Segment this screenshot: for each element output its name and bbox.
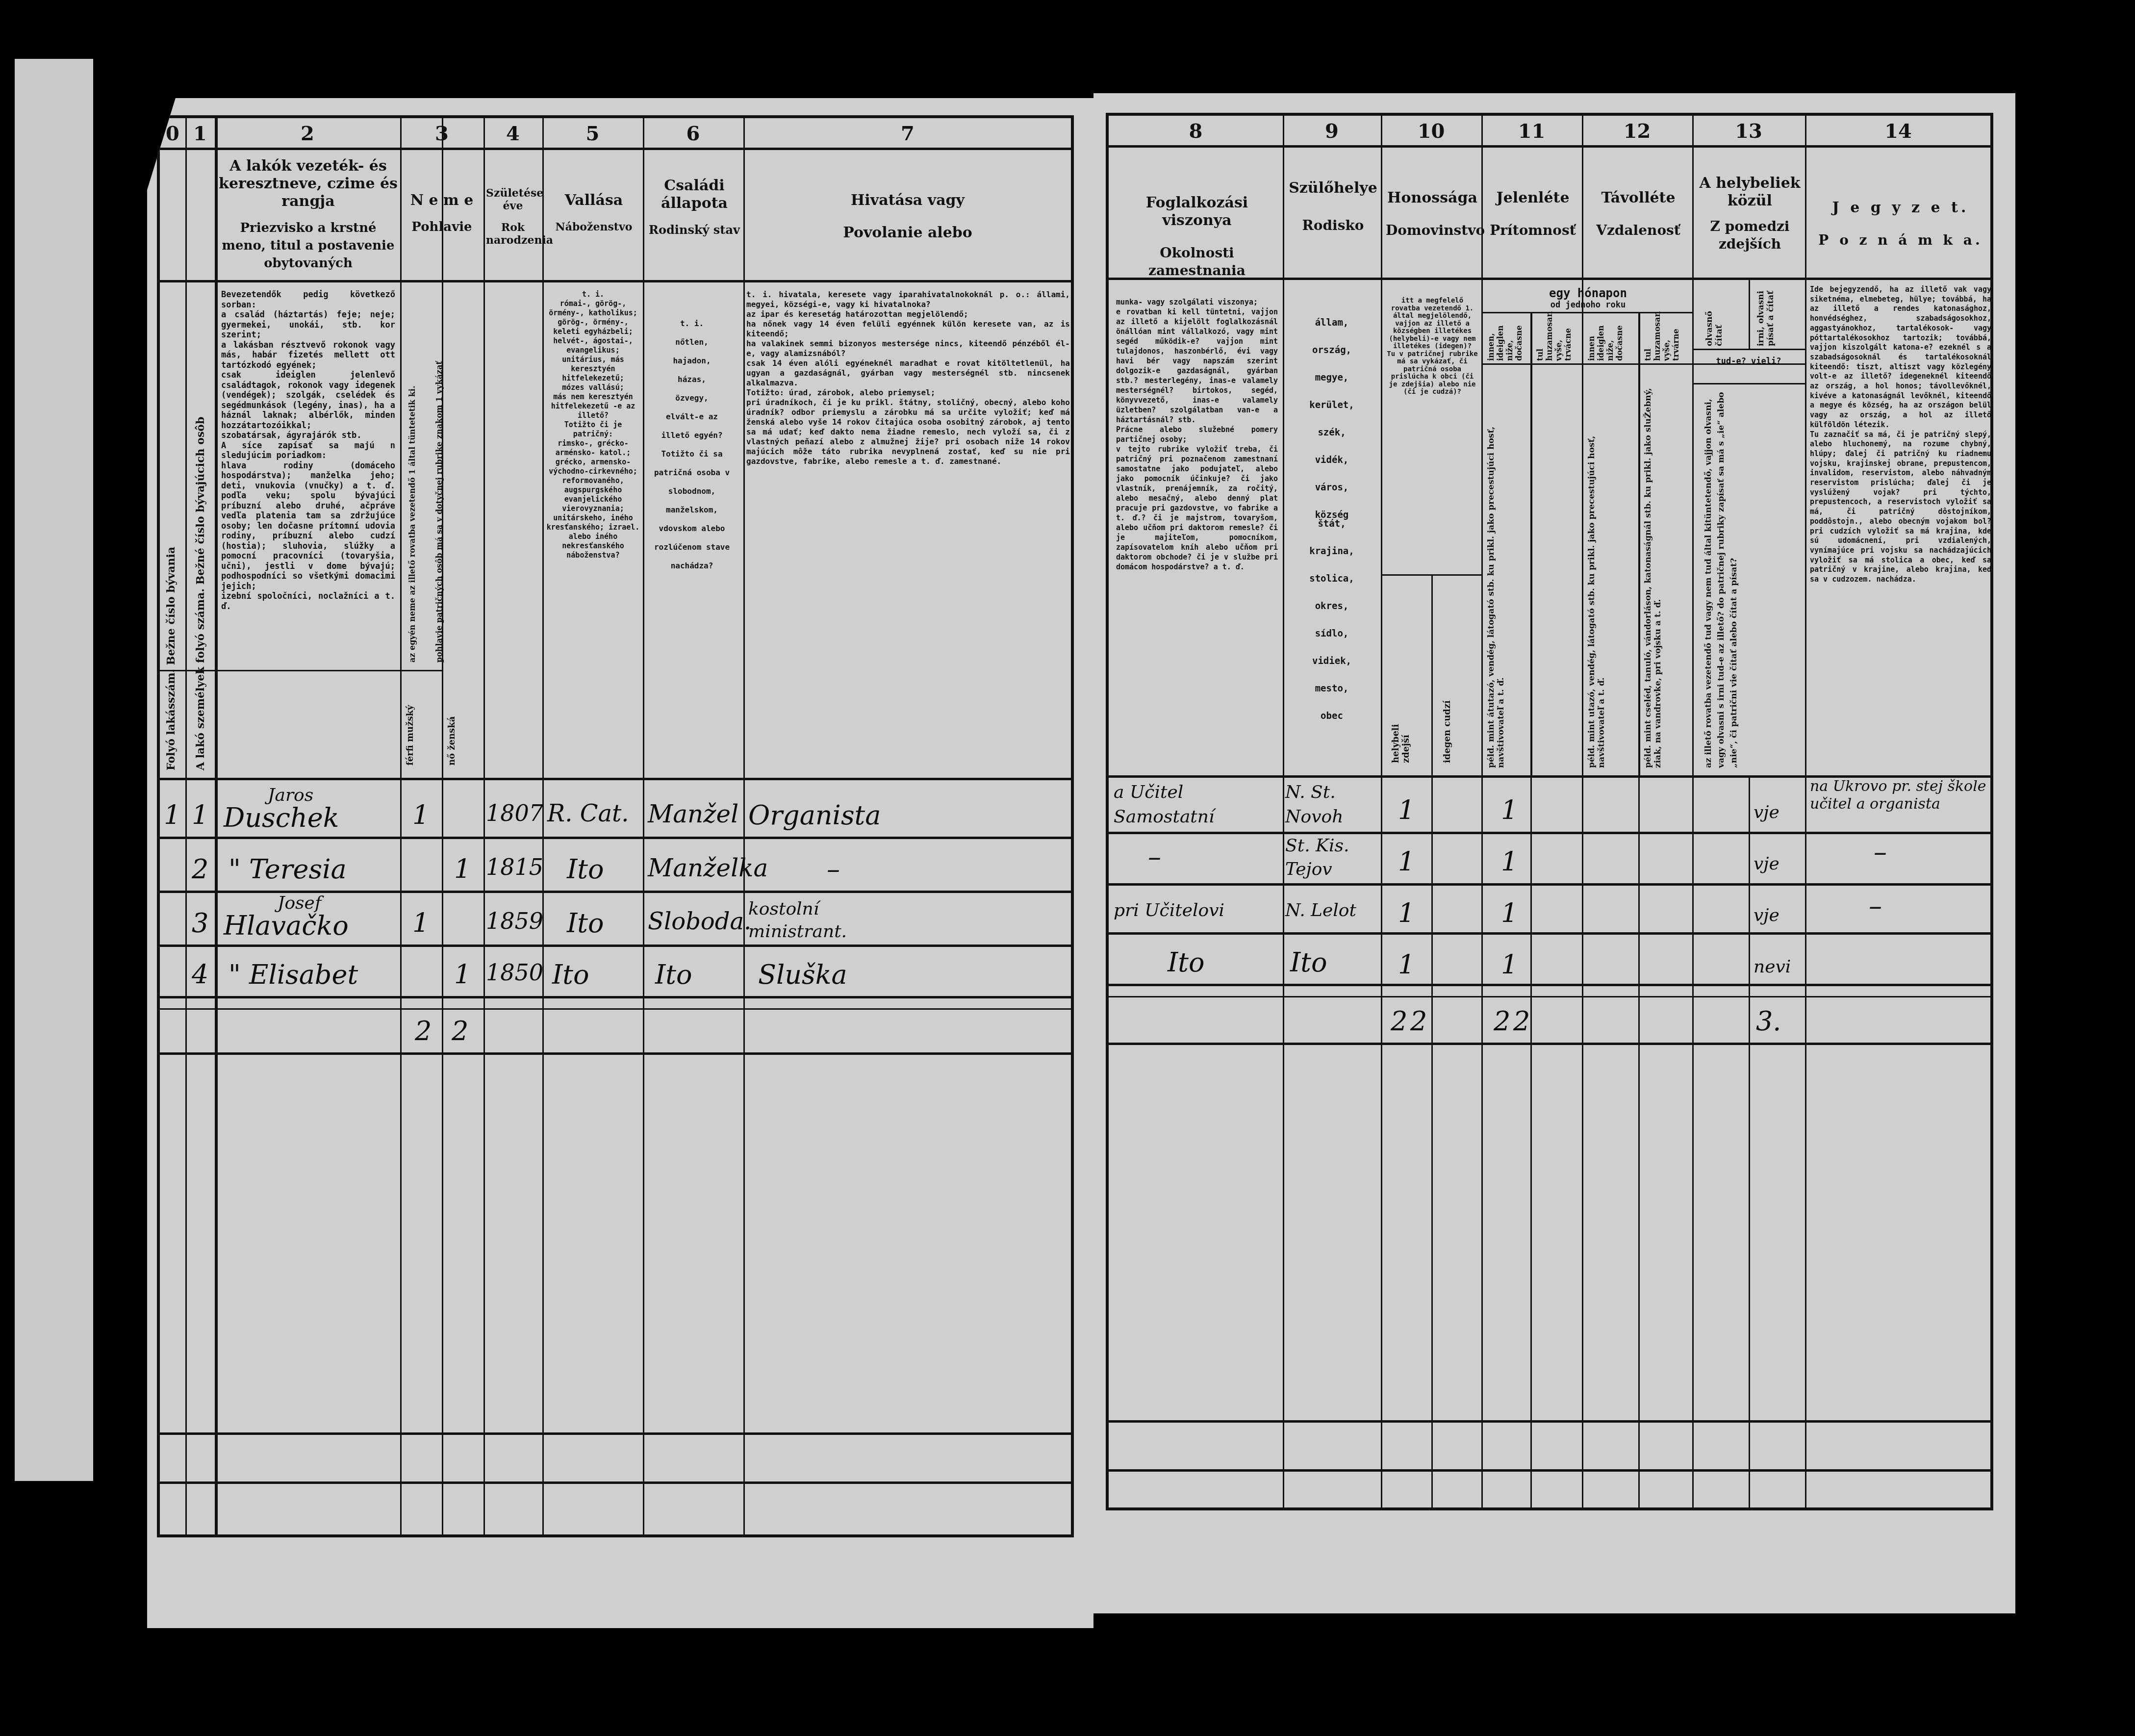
- row-divider: [160, 945, 1071, 947]
- employment-relation: pri Učitelovi: [1114, 900, 1224, 920]
- read-label: olvasnő čítať: [1704, 287, 1724, 346]
- note: –: [1874, 837, 1887, 868]
- header-sk: Prítomnosť: [1486, 222, 1579, 239]
- col3-instruction-sk: pohlavie patričných osôb má sa v dotyčne…: [434, 290, 444, 663]
- total-literacy: 3.: [1756, 1006, 1781, 1037]
- write-read-label: irni, olvasni písať a čítať: [1756, 287, 1776, 346]
- col-number: 9: [1283, 120, 1381, 143]
- header-sk: Pohlavie: [403, 218, 481, 236]
- occupation: Organista: [748, 800, 881, 831]
- literacy: vje: [1754, 802, 1779, 822]
- col2-instructions: Bevezetendők pedig következő sorban: a c…: [221, 290, 395, 612]
- col-number: 5: [542, 122, 643, 145]
- col1-label: A lakó személyek folyó száma. Bežné čísl…: [194, 417, 207, 770]
- col-divider: [1805, 116, 1806, 1507]
- total-female: 2: [452, 1016, 468, 1047]
- header-sk: P o z n á m k a.: [1810, 231, 1991, 249]
- sex-subcol: [442, 670, 443, 775]
- col-number: 7: [743, 122, 1072, 145]
- domicile-local: 1: [1398, 795, 1415, 826]
- place-type: okres,: [1290, 599, 1373, 613]
- birth-year: 1859: [486, 908, 543, 934]
- religion: R. Cat.: [547, 800, 629, 827]
- note: na Ukrovo pr. stej škole učitel a organi…: [1810, 778, 1996, 813]
- col10-subcol: [1431, 574, 1433, 775]
- employment-relation: a Učitel Samostatní: [1114, 780, 1280, 829]
- col12-long-label: tul huzamosan vyše, trvárne: [1643, 314, 1680, 361]
- col-divider: [1530, 775, 1532, 1507]
- col-divider: [483, 118, 485, 1534]
- total-present-2: 2: [1513, 1006, 1530, 1037]
- surname: " Teresia: [229, 854, 347, 885]
- col-divider: [743, 118, 745, 1534]
- local-label: helybeli zdejší: [1391, 699, 1411, 763]
- religion: Ito: [552, 959, 589, 990]
- col13-subdivider: [1692, 349, 1805, 350]
- header-hu: N e m e: [410, 192, 474, 209]
- header-religion: Vallása Náboženstvo: [547, 192, 640, 236]
- col-divider: [1638, 775, 1640, 1507]
- header-presence: Jelenléte Prítomnosť: [1486, 189, 1579, 239]
- col3-instruction-hu: az egyén neme az illető rovatba vezetend…: [407, 290, 417, 663]
- place-type: štát,: [1290, 517, 1373, 531]
- surname: Hlavačko: [224, 910, 349, 941]
- col10-instructions: itt a megfelelő rovatba vezetendő 1. ált…: [1386, 297, 1479, 396]
- male-mark: 1: [412, 908, 429, 939]
- domicile-local: 1: [1398, 898, 1415, 929]
- literacy: vje: [1754, 854, 1779, 874]
- right-census-table: 8 9 10 11 12 13 14 Foglalkozási viszonya…: [1106, 113, 1993, 1510]
- header-hu: Szülőhelye: [1289, 179, 1377, 197]
- col-divider: [1283, 116, 1284, 1507]
- literacy: vje: [1754, 905, 1779, 925]
- header-occupation: Hivatása vagy Povolanie alebo: [748, 192, 1067, 242]
- row-divider: [160, 996, 1071, 998]
- marital-status: Sloboda.: [648, 908, 751, 935]
- person-number: 4: [192, 959, 208, 990]
- col8-instructions: munka- vagy szolgálati viszonya; e rovat…: [1116, 297, 1278, 572]
- col13-note: az illető rovatba vezetendő tud vagy nem…: [1702, 385, 1740, 768]
- col-divider: [1481, 116, 1483, 1507]
- place-type: kerület,: [1290, 398, 1373, 412]
- col13-subcol: [1749, 280, 1750, 349]
- occupation: kostolní ministrant.: [748, 898, 910, 943]
- col7-instructions: t. i. hivatala, keresete vagy iparahivat…: [746, 290, 1070, 466]
- domicile-local: 1: [1398, 949, 1415, 980]
- header-marital-status: Családi állapota Rodinský stav: [648, 177, 741, 239]
- header-absence: Távolléte Vzdalenosť: [1587, 189, 1690, 239]
- col-number: 11: [1481, 120, 1582, 143]
- col11-temp-label: innen, ideiglen nižе, dočasne: [1486, 314, 1524, 361]
- header-sk: Priezvisko a krstné meno, titul a postav…: [219, 219, 398, 272]
- col-number: 2: [215, 122, 400, 145]
- row-divider: [160, 1432, 1071, 1435]
- col-number: 14: [1805, 120, 1991, 143]
- row-divider: [160, 1052, 1071, 1055]
- birthplace: Ito: [1290, 947, 1327, 978]
- col14-instructions: Ide bejegyzendő, ha az illető vak vagy s…: [1810, 285, 1991, 585]
- surname: " Elisabet: [229, 959, 358, 990]
- col-divider: [1692, 116, 1694, 1507]
- col-divider: [643, 118, 644, 1534]
- header-hu: Foglalkozási viszonya: [1146, 194, 1248, 229]
- place-type: ország,: [1290, 343, 1373, 357]
- col-divider: [1582, 116, 1583, 1507]
- header-sex: N e m e Pohlavie: [403, 192, 481, 236]
- total-domicile-local: 2: [1391, 1006, 1407, 1037]
- header-sk: Z pomedzi zdejších: [1697, 218, 1803, 253]
- place-type: megye,: [1290, 371, 1373, 384]
- period-header-hu: egy hónapon: [1486, 287, 1690, 299]
- header-birth-year: Születése éve Rok narodzenia: [486, 187, 540, 247]
- header-divider: [160, 280, 1071, 282]
- col9-places-hu: állam, ország, megye, kerület, szék, vid…: [1290, 302, 1373, 536]
- header-employment: Foglalkozási viszonya Okolnosti zamestna…: [1114, 194, 1280, 280]
- header-birthplace: Szülőhelye Rodisko: [1288, 179, 1378, 234]
- data-area-divider: [160, 778, 1071, 780]
- header-hu: A helybeliek közül: [1699, 175, 1800, 209]
- place-type: stolica,: [1290, 572, 1373, 586]
- row-divider: [160, 1481, 1071, 1484]
- col12-temp-label: innen ideiglen niže, dočasne: [1587, 314, 1624, 361]
- total-male: 2: [415, 1016, 432, 1047]
- period-header: egy hónapon od jednoho roku: [1486, 287, 1690, 311]
- total-domicile-local-2: 2: [1410, 1006, 1427, 1037]
- occupation: –: [827, 854, 840, 885]
- col12-note-1: péld. mint utazó, vendég, látogató stb. …: [1587, 376, 1606, 768]
- female-mark: 1: [454, 959, 471, 990]
- row-divider: [1109, 932, 1990, 935]
- row-divider: [1109, 1469, 1990, 1472]
- header-hu: Hivatása vagy: [851, 192, 965, 209]
- col-number: 10: [1381, 120, 1481, 143]
- header-hu: Honossága: [1387, 189, 1477, 206]
- header-hu: J e g y z e t.: [1832, 199, 1969, 216]
- male-label: férfi mužský: [405, 692, 415, 766]
- place-type: mesto,: [1290, 682, 1373, 695]
- header-hu: Távolléte: [1601, 189, 1675, 206]
- total-present: 2: [1494, 1006, 1510, 1037]
- header-sk: Náboženstvo: [547, 218, 640, 236]
- left-census-table: 0 1 2 3 4 5 6 7 A lakók vezeték- és kere…: [157, 115, 1074, 1537]
- header-sk: Domovinstvo: [1386, 222, 1479, 239]
- row-divider: [160, 1008, 1071, 1010]
- birth-year: 1815: [486, 854, 543, 880]
- person-number: 2: [192, 854, 208, 885]
- occupation: Sluška: [758, 959, 847, 990]
- header-hu: Családi állapota: [661, 177, 728, 212]
- col12-note-2: péld. mint cseléd, tanuló, vándorláson, …: [1643, 376, 1663, 768]
- col12-subcol: [1638, 312, 1640, 775]
- birthplace: St. Kis. Tejov: [1285, 834, 1378, 881]
- paper-flap: [15, 59, 93, 1481]
- header-hu: Születése éve: [486, 187, 543, 212]
- header-hu: Vallása: [565, 192, 623, 209]
- note: –: [1869, 891, 1882, 921]
- row-divider: [1109, 984, 1990, 986]
- surname: Duschek: [224, 802, 339, 833]
- literacy: nevi: [1754, 957, 1791, 977]
- header-sk: Vzdalenosť: [1587, 222, 1690, 239]
- present: 1: [1501, 949, 1518, 980]
- row-divider: [1109, 1043, 1990, 1045]
- col-divider: [542, 118, 544, 1534]
- col0-label: Folyó lakásszám. Bežne číslo bývania: [165, 547, 178, 770]
- col13-subdivider: [1692, 383, 1805, 384]
- employment-relation: Ito: [1168, 947, 1205, 978]
- period-header-sk: od jednoho roku: [1486, 299, 1690, 311]
- header-name: A lakók vezeték- és keresztneve, czime é…: [219, 157, 398, 272]
- col-number: 6: [643, 122, 743, 145]
- col-number: 1: [185, 122, 215, 145]
- col-number: 4: [483, 122, 542, 145]
- place-type: krajina,: [1290, 544, 1373, 558]
- religion: Ito: [567, 854, 604, 885]
- header-sk: Rodinský stav: [648, 221, 741, 239]
- header-domicile: Honossága Domovinstvo: [1386, 189, 1479, 239]
- male-mark: 1: [412, 800, 429, 831]
- col-divider: [400, 118, 402, 1534]
- row-divider: [1109, 832, 1990, 834]
- header-sk: Povolanie alebo: [748, 224, 1067, 242]
- header-divider: [1109, 278, 1990, 280]
- place-type: szék,: [1290, 426, 1373, 439]
- birthplace: N. Lelot: [1285, 900, 1356, 920]
- header-sk: Rodisko: [1288, 217, 1378, 234]
- col-number: 8: [1109, 120, 1283, 143]
- header-hu: A lakók vezeték- és keresztneve, czime é…: [219, 157, 398, 210]
- header-sk: Okolnosti zamestnania: [1114, 244, 1280, 280]
- birth-year: 1850: [486, 959, 543, 986]
- col-number: 13: [1692, 120, 1805, 143]
- place-type: állam,: [1290, 316, 1373, 330]
- row-divider: [1109, 883, 1990, 886]
- col-number: 3: [400, 122, 483, 145]
- person-number: 1: [192, 800, 208, 831]
- sex-subdivider: [160, 670, 442, 671]
- col9-places-sk: štát, krajina, stolica, okres, sídlo, vi…: [1290, 503, 1373, 737]
- dwelling-number: 1: [164, 800, 180, 831]
- literacy-question: tud-e? vieli?: [1697, 356, 1800, 367]
- person-number: 3: [192, 908, 208, 939]
- marital-status: Ito: [655, 959, 692, 990]
- present: 1: [1501, 898, 1518, 929]
- col-divider: [1431, 775, 1433, 1507]
- place-type: vidék,: [1290, 453, 1373, 467]
- religion: Ito: [567, 908, 604, 939]
- foreign-label: idegen cudzí: [1442, 699, 1452, 763]
- row-divider: [160, 837, 1071, 839]
- employment-relation: –: [1148, 842, 1161, 872]
- header-hu: Jelenléte: [1496, 189, 1569, 206]
- place-type: város,: [1290, 481, 1373, 494]
- col-divider: [1749, 775, 1750, 1507]
- left-page: 0 1 2 3 4 5 6 7 A lakók vezeték- és kere…: [147, 98, 1093, 1628]
- col11-note: péld. mint átutazó, vendég, látogató stb…: [1486, 376, 1506, 768]
- col-divider: [215, 118, 218, 1534]
- place-type: obec: [1290, 709, 1373, 723]
- col11-subcol: [1530, 312, 1532, 775]
- col5-instructions: t. i. római-, görög-, örmény-, katholiku…: [545, 290, 641, 560]
- header-literacy: A helybeliek közül Z pomedzi zdejších: [1697, 175, 1803, 253]
- place-type: sídlo,: [1290, 627, 1373, 640]
- female-label: nő ženská: [447, 692, 457, 766]
- right-page: 8 9 10 11 12 13 14 Foglalkozási viszonya…: [1093, 93, 2015, 1613]
- col-number: 12: [1582, 120, 1692, 143]
- domicile-local: 1: [1398, 846, 1415, 877]
- present: 1: [1501, 795, 1518, 826]
- marital-status: Manželka: [648, 854, 768, 882]
- header-sk: Rok narodzenia: [486, 221, 540, 247]
- col6-instructions: t. i. nőtlen, hajadon, házas, özvegy, el…: [645, 314, 738, 575]
- place-type: vidiek,: [1290, 654, 1373, 668]
- birth-year: 1807: [486, 800, 543, 826]
- col-divider: [185, 118, 187, 1534]
- row-divider: [1109, 996, 1990, 997]
- col11-long-label: tul huzamosan vyše, trvácne: [1535, 314, 1573, 361]
- col-number: 0: [160, 122, 185, 145]
- present: 1: [1501, 846, 1518, 877]
- marital-status: Manžel: [648, 800, 738, 828]
- birthplace: N. St. Novoh: [1285, 780, 1378, 829]
- row-divider: [1109, 1420, 1990, 1423]
- header-notes: J e g y z e t. P o z n á m k a.: [1810, 199, 1991, 249]
- col-divider: [1381, 116, 1382, 1507]
- female-mark: 1: [454, 854, 471, 885]
